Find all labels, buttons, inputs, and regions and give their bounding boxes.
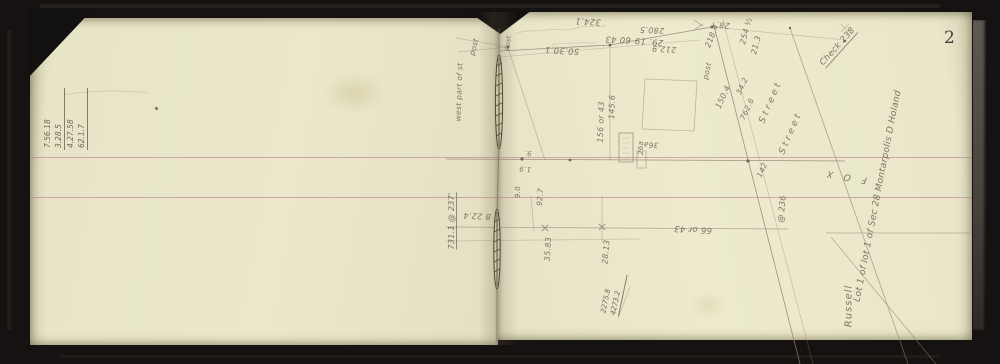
meas-66-or-43: 66 or 43 bbox=[674, 223, 713, 235]
meas-60-43: 60 43 bbox=[605, 34, 631, 45]
arith-line: 7.56.18 bbox=[42, 88, 53, 150]
meas-36a: 36a bbox=[643, 140, 658, 150]
binding-stitches bbox=[494, 28, 503, 342]
meas-28: 28. bbox=[716, 20, 730, 30]
label-russell: Russell bbox=[844, 285, 855, 327]
meas-731-1-237: 731.1 @ 237' bbox=[447, 192, 457, 249]
meas-156-or-43: 156 or 43 bbox=[596, 101, 606, 143]
meas-92-7: 92.7 bbox=[535, 188, 546, 207]
meas-9-0: 9.0 bbox=[514, 186, 522, 198]
meas-50-30-1: 50.30.1 bbox=[544, 44, 579, 56]
meas-9: 9. bbox=[524, 149, 532, 157]
arith-line: 62.1.7 bbox=[76, 88, 88, 150]
meas-1-9: 1.9 bbox=[519, 165, 531, 174]
arith-line: 4.27.58 bbox=[65, 88, 76, 150]
page-number: 2 bbox=[944, 28, 955, 48]
meas-26a: 26a bbox=[637, 141, 645, 155]
meas-280-5: 280.5 bbox=[640, 25, 665, 35]
arithmetic-column-left: 7.56.18 3.28.5 4.27.58 62.1.7 bbox=[42, 88, 88, 150]
arith-line: 3.28.5 bbox=[53, 88, 65, 150]
meas-212-9: 212.9 bbox=[652, 44, 677, 54]
meas-b-22-4: B 22.4 bbox=[463, 211, 491, 221]
meas-35-83: 35.83 bbox=[543, 237, 553, 262]
meas-145-6: 145.6 bbox=[607, 95, 617, 120]
notebook-scan: 7.56.18 3.28.5 4.27.58 62.1.7 2275.8 427… bbox=[0, 0, 1000, 364]
label-post-junction: Post bbox=[503, 35, 512, 51]
meas-324-1: 324.1 bbox=[575, 15, 601, 26]
